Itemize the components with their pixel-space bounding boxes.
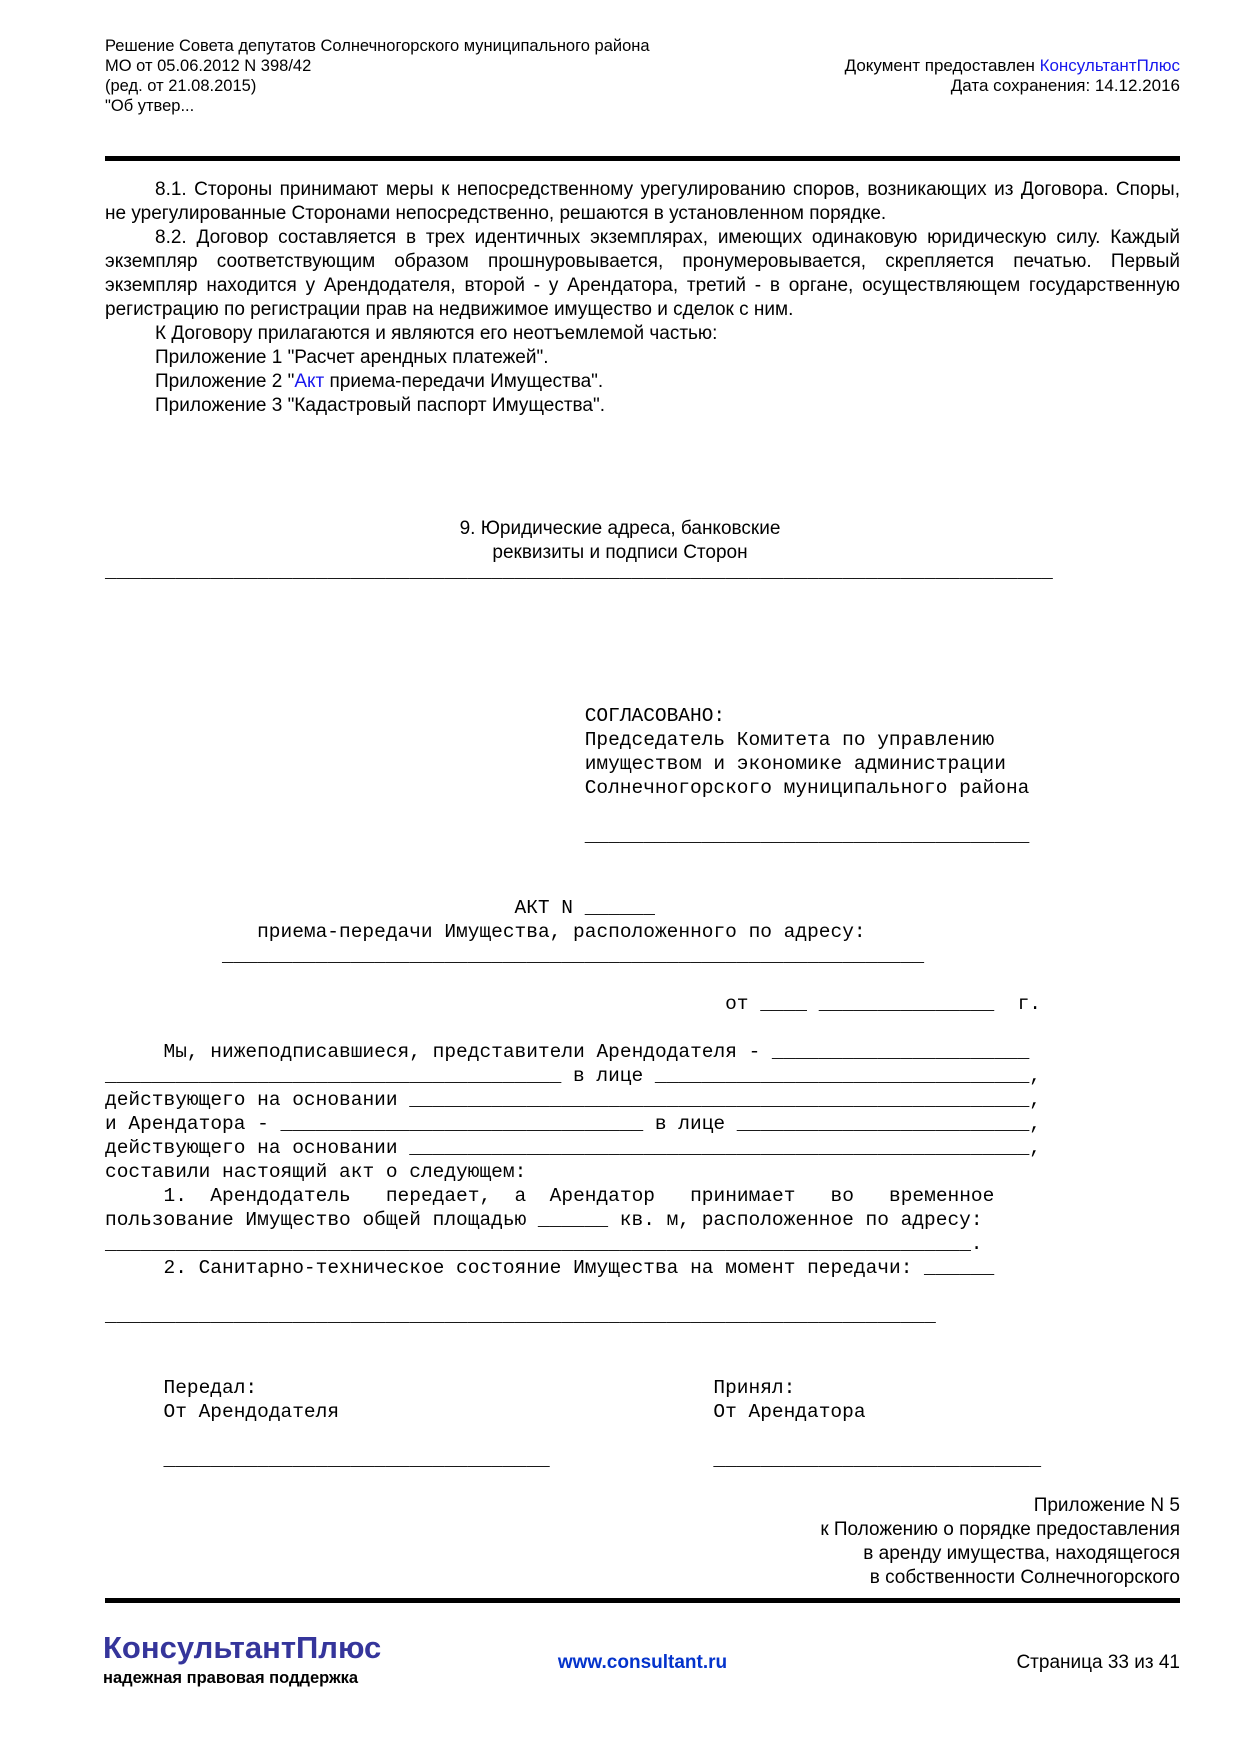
appendix-line: Приложение N 5 [820,1494,1180,1518]
doc-info-line: "Об утвер... [105,96,650,116]
appendix-line: в аренду имущества, находящегося [820,1542,1180,1566]
attachment-2-suffix: приема-передачи Имущества". [324,371,603,392]
provided-line: Документ предоставлен КонсультантПлюс [845,56,1180,76]
doc-info-line: МО от 05.06.2012 N 398/42 [105,56,650,76]
appendix-line: к Положению о порядке предоставления [820,1518,1180,1542]
doc-info-line: (ред. от 21.08.2015) [105,76,650,96]
bottom-divider-rule [105,1598,1180,1603]
attachment-3: Приложение 3 "Кадастровый паспорт Имущес… [155,394,1180,418]
document-page: Решение Совета депутатов Солнечногорског… [0,0,1240,1754]
save-date-label: Дата сохранения: 14.12.2016 [845,76,1180,96]
attachment-1: Приложение 1 "Расчет арендных платежей". [155,346,1180,370]
appendix-line: в собственности Солнечногорского [820,1566,1180,1590]
section-9-line-1: 9. Юридические адреса, банковские [105,517,1135,541]
document-body: 8.1. Стороны принимают меры к непосредст… [105,178,1180,418]
doc-info-line: Решение Совета депутатов Солнечногорског… [105,36,650,56]
paragraph-8-1: 8.1. Стороны принимают меры к непосредст… [105,178,1180,226]
header-provided-block: Документ предоставлен КонсультантПлюс Да… [845,56,1180,96]
attachment-2: Приложение 2 "Акт приема-передачи Имущес… [155,370,1180,394]
section-9-heading: 9. Юридические адреса, банковские реквиз… [105,517,1135,565]
consultantplus-link[interactable]: КонсультантПлюс [1040,56,1180,75]
paragraph-8-2: 8.2. Договор составляется в трех идентич… [105,226,1180,322]
page-number-label: Страница 33 из 41 [1016,1652,1180,1674]
doc-info-block: Решение Совета депутатов Солнечногорског… [105,36,650,116]
attachment-2-prefix: Приложение 2 " [155,371,294,392]
attachments-intro: К Договору прилагаются и являются его не… [155,322,1180,346]
consultant-site-link[interactable]: www.consultant.ru [558,1652,727,1673]
provided-label: Документ предоставлен [845,56,1040,75]
appendix-5-block: Приложение N 5к Положению о порядке пред… [820,1494,1180,1590]
top-divider-rule [105,156,1180,161]
act-link[interactable]: Акт [294,371,324,392]
